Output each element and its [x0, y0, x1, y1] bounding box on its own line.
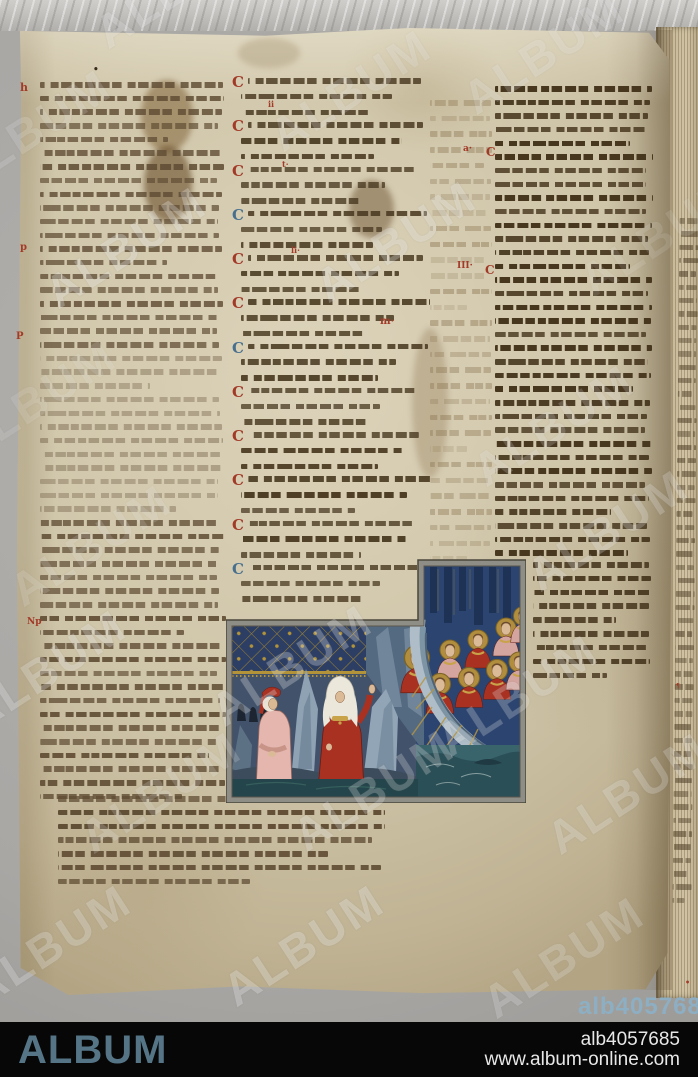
script-line	[430, 509, 492, 515]
script-line	[674, 711, 692, 717]
script-line	[533, 631, 649, 637]
verse-line	[241, 464, 378, 470]
script-line	[495, 209, 646, 215]
script-line	[676, 591, 695, 597]
script-line	[430, 273, 489, 279]
script-line	[495, 168, 646, 174]
script-line	[430, 131, 492, 137]
rubric-mark: a·	[463, 145, 472, 154]
script-line	[679, 285, 697, 291]
script-line	[40, 411, 220, 417]
script-line	[673, 858, 691, 864]
rubric-mark: m·	[380, 317, 394, 327]
tercet-initial: C	[232, 341, 244, 356]
reference-watermark: alb4057685	[578, 993, 698, 1021]
script-line	[495, 318, 651, 324]
script-line	[495, 154, 653, 160]
script-line	[672, 898, 684, 904]
show-through-text	[430, 100, 492, 562]
tercet-initial: C	[232, 518, 244, 533]
script-line	[58, 865, 381, 871]
rubric-mark: li·	[291, 246, 300, 254]
rubric-mark: III·	[457, 262, 473, 271]
tercet-initial: C	[232, 385, 244, 400]
footer-bar: ALBUM alb4057685 www.album-online.com	[0, 1022, 698, 1077]
script-line	[675, 698, 693, 704]
tercet-initial: C	[232, 252, 244, 267]
script-line	[40, 328, 217, 334]
script-line	[430, 415, 492, 421]
verse-line	[241, 404, 380, 410]
verse-line	[241, 359, 396, 365]
verse-line	[241, 448, 404, 454]
rubric-mark: Np	[27, 618, 42, 627]
script-line	[678, 338, 696, 344]
script-line	[430, 525, 491, 531]
stain	[238, 38, 300, 68]
verse-line	[241, 182, 385, 188]
verse-line	[248, 344, 428, 350]
script-line	[676, 578, 695, 584]
rubric-mark: C	[486, 146, 496, 158]
verse-line	[248, 388, 417, 394]
script-line	[678, 378, 697, 384]
tercet-initial: C	[232, 75, 244, 90]
verse-line	[241, 154, 374, 160]
rubric-mark: •	[685, 978, 690, 986]
stock-photo-preview: CCCCCCCCCCCC hpPNpiit·li·m·a·III·CC•¶•	[0, 0, 698, 1077]
verse-line	[248, 432, 419, 438]
tercet-initial: C	[232, 119, 244, 134]
script-line	[40, 438, 223, 444]
tercet-initial: C	[232, 208, 244, 223]
script-line	[495, 141, 630, 147]
script-line	[430, 352, 491, 358]
script-line	[676, 564, 694, 570]
tercet-initial: C	[232, 429, 244, 444]
verse-line	[241, 375, 378, 381]
script-line	[679, 258, 698, 264]
script-line	[430, 305, 467, 311]
script-line	[430, 430, 491, 436]
script-line	[495, 291, 648, 297]
left-gloss-column	[40, 82, 226, 800]
script-line	[40, 465, 221, 471]
script-line	[430, 367, 491, 373]
script-line	[430, 147, 492, 153]
album-logo: ALBUM	[18, 1030, 167, 1070]
script-line	[495, 359, 648, 365]
script-line	[495, 182, 646, 188]
script-line	[40, 150, 221, 156]
verse-line	[241, 419, 368, 425]
script-line	[676, 551, 695, 557]
verse-line	[241, 508, 355, 514]
footer-info: alb4057685 www.album-online.com	[485, 1030, 680, 1070]
verse-line	[241, 536, 406, 542]
script-line	[675, 671, 693, 677]
script-line	[495, 195, 653, 201]
script-line	[678, 365, 697, 371]
script-line	[677, 458, 696, 464]
script-line	[678, 391, 692, 397]
rubric-mark: ii	[268, 100, 274, 108]
tercet-initial: C	[232, 473, 244, 488]
verse-line	[241, 331, 366, 337]
script-line	[430, 383, 492, 389]
script-line	[40, 602, 218, 608]
script-line	[495, 482, 645, 488]
script-line	[677, 444, 696, 450]
verse-tercet: C	[232, 167, 432, 204]
script-line	[676, 538, 695, 544]
script-line	[679, 271, 696, 277]
script-line	[430, 446, 467, 452]
script-line	[673, 818, 691, 824]
script-line	[679, 311, 698, 317]
rubric-mark: t·	[282, 160, 288, 168]
verse-tercet: C	[232, 476, 432, 513]
script-line	[675, 604, 694, 610]
script-line	[673, 831, 692, 837]
script-line	[430, 163, 484, 169]
verse-line	[248, 476, 432, 482]
tercet-initial: C	[232, 164, 244, 179]
script-line	[40, 698, 220, 704]
script-line	[533, 617, 616, 623]
script-line	[495, 332, 646, 338]
verse-line	[241, 198, 364, 204]
verse-line	[248, 521, 416, 527]
script-line	[673, 844, 692, 850]
verse-tercet: C	[232, 388, 432, 425]
script-line	[495, 305, 652, 311]
script-line	[673, 871, 688, 877]
script-line	[40, 164, 224, 170]
verse-tercet: C	[232, 521, 432, 558]
verse-line	[241, 315, 394, 321]
script-line	[676, 524, 694, 530]
script-line	[495, 345, 652, 351]
script-line	[430, 399, 490, 405]
script-line	[58, 879, 250, 885]
rubric-mark: C	[485, 264, 495, 276]
script-line	[495, 113, 648, 119]
script-line	[677, 418, 696, 424]
script-line	[677, 431, 695, 437]
image-reference: alb4057685	[485, 1030, 680, 1050]
script-line	[430, 541, 490, 547]
rubric-mark: h	[20, 82, 28, 93]
rubric-mark: P	[16, 332, 24, 342]
script-line	[678, 405, 696, 411]
script-line	[673, 804, 692, 810]
script-line	[495, 127, 646, 133]
script-line	[430, 289, 492, 295]
tercet-initial: C	[232, 296, 244, 311]
script-line	[40, 452, 221, 458]
rubric-mark: p	[20, 243, 27, 253]
website-url: www.album-online.com	[485, 1050, 680, 1070]
verse-tercet: C	[232, 344, 432, 381]
verse-tercet: C	[232, 432, 432, 469]
script-line	[40, 424, 222, 430]
script-line	[678, 325, 696, 331]
rubric-mark: ¶	[676, 684, 680, 690]
script-line	[430, 336, 490, 342]
script-line	[40, 712, 226, 718]
script-line	[673, 884, 692, 890]
script-line	[533, 603, 649, 609]
script-line	[40, 342, 219, 348]
verse-line	[248, 167, 417, 173]
verse-line	[241, 492, 407, 498]
script-line	[675, 644, 694, 650]
script-line	[678, 351, 696, 357]
script-line	[40, 616, 226, 622]
script-line	[430, 320, 492, 326]
script-line	[679, 298, 698, 304]
script-line	[675, 658, 693, 664]
center-verse-column: CCCCCCCCCCCC	[232, 78, 432, 602]
script-line	[40, 725, 221, 731]
script-line	[675, 631, 692, 637]
script-line	[675, 618, 693, 624]
script-line	[430, 493, 491, 499]
script-line	[40, 479, 218, 485]
script-line	[495, 100, 650, 106]
